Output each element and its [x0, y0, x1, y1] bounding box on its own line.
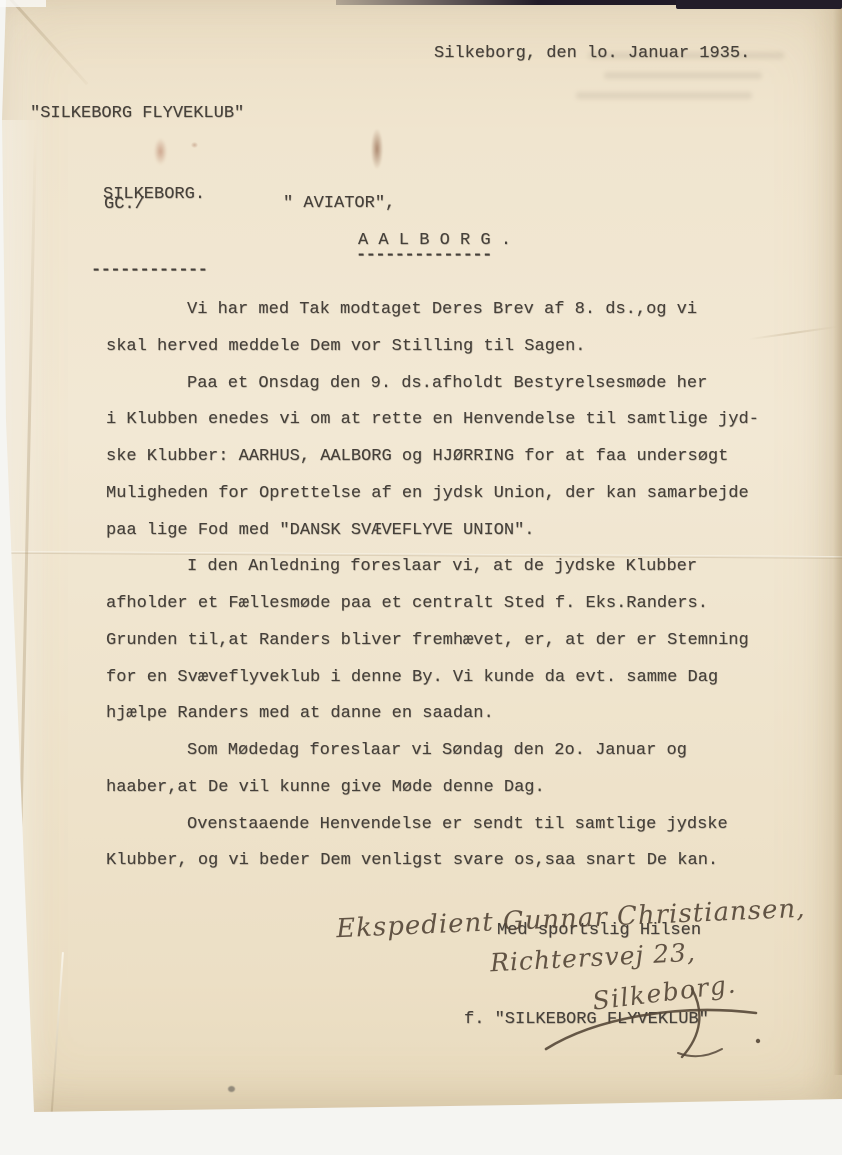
letter-body-line: haaber,at De vil kunne give Møde denne D…	[106, 770, 806, 807]
letter-body-line: ske Klubber: AARHUS, AALBORG og HJØRRING…	[106, 439, 806, 476]
letter-body-line: afholder et Fællesmøde paa et centralt S…	[106, 586, 806, 623]
letter-body-line: I den Anledning foreslaar vi, at de jyds…	[106, 549, 806, 586]
scanner-edge-strip-thick	[676, 0, 842, 9]
letter-body: Vi har med Tak modtaget Deres Brev af 8.…	[106, 292, 806, 880]
paper-stain	[371, 129, 383, 169]
letterhead-club-name: "SILKEBORG FLYVEKLUB"	[30, 100, 244, 127]
ink-bleed-ghost	[604, 72, 762, 79]
right-edge-shadow	[833, 0, 842, 1075]
signature-flourish	[528, 985, 778, 1065]
letter-body-line: Paa et Onsdag den 9. ds.afholdt Bestyrel…	[106, 366, 806, 403]
date-line: Silkeborg, den lo. Januar 1935.	[434, 44, 750, 63]
letter-body-line: Som Mødedag foreslaar vi Søndag den 2o. …	[106, 733, 806, 770]
letter-body-line: paa lige Fod med "DANSK SVÆVEFLYVE UNION…	[106, 513, 806, 550]
letter-body-line: Grunden til,at Randers bliver fremhævet,…	[106, 623, 806, 660]
letter-body-line: for en Svæveflyveklub i denne By. Vi kun…	[106, 660, 806, 697]
letter-body-line: Vi har med Tak modtaget Deres Brev af 8.…	[106, 292, 806, 329]
recipient-underline: --------------	[356, 246, 492, 265]
letter-body-line: hjælpe Randers med at danne en saadan.	[106, 696, 806, 733]
ink-bleed-ghost	[576, 92, 752, 99]
reference-initials: GC./	[104, 195, 145, 214]
letter-body-line: i Klubben enedes vi om at rette en Henve…	[106, 402, 806, 439]
letter-paper: "SILKEBORG FLYVEKLUB" SILKEBORG. -------…	[0, 0, 842, 1115]
letter-body-line: skal herved meddele Dem vor Stilling til…	[106, 329, 806, 366]
letter-body-line: Ovenstaaende Henvendelse er sendt til sa…	[106, 807, 806, 844]
paper-speck	[228, 1086, 235, 1092]
scanner-top-sliver	[0, 0, 46, 7]
recipient-name: " AVIATOR",	[283, 194, 395, 213]
letter-body-line: Muligheden for Oprettelse af en jydsk Un…	[106, 476, 806, 513]
letterhead-underline: ------------	[91, 257, 244, 284]
scanned-letter-page: "SILKEBORG FLYVEKLUB" SILKEBORG. -------…	[0, 0, 842, 1155]
